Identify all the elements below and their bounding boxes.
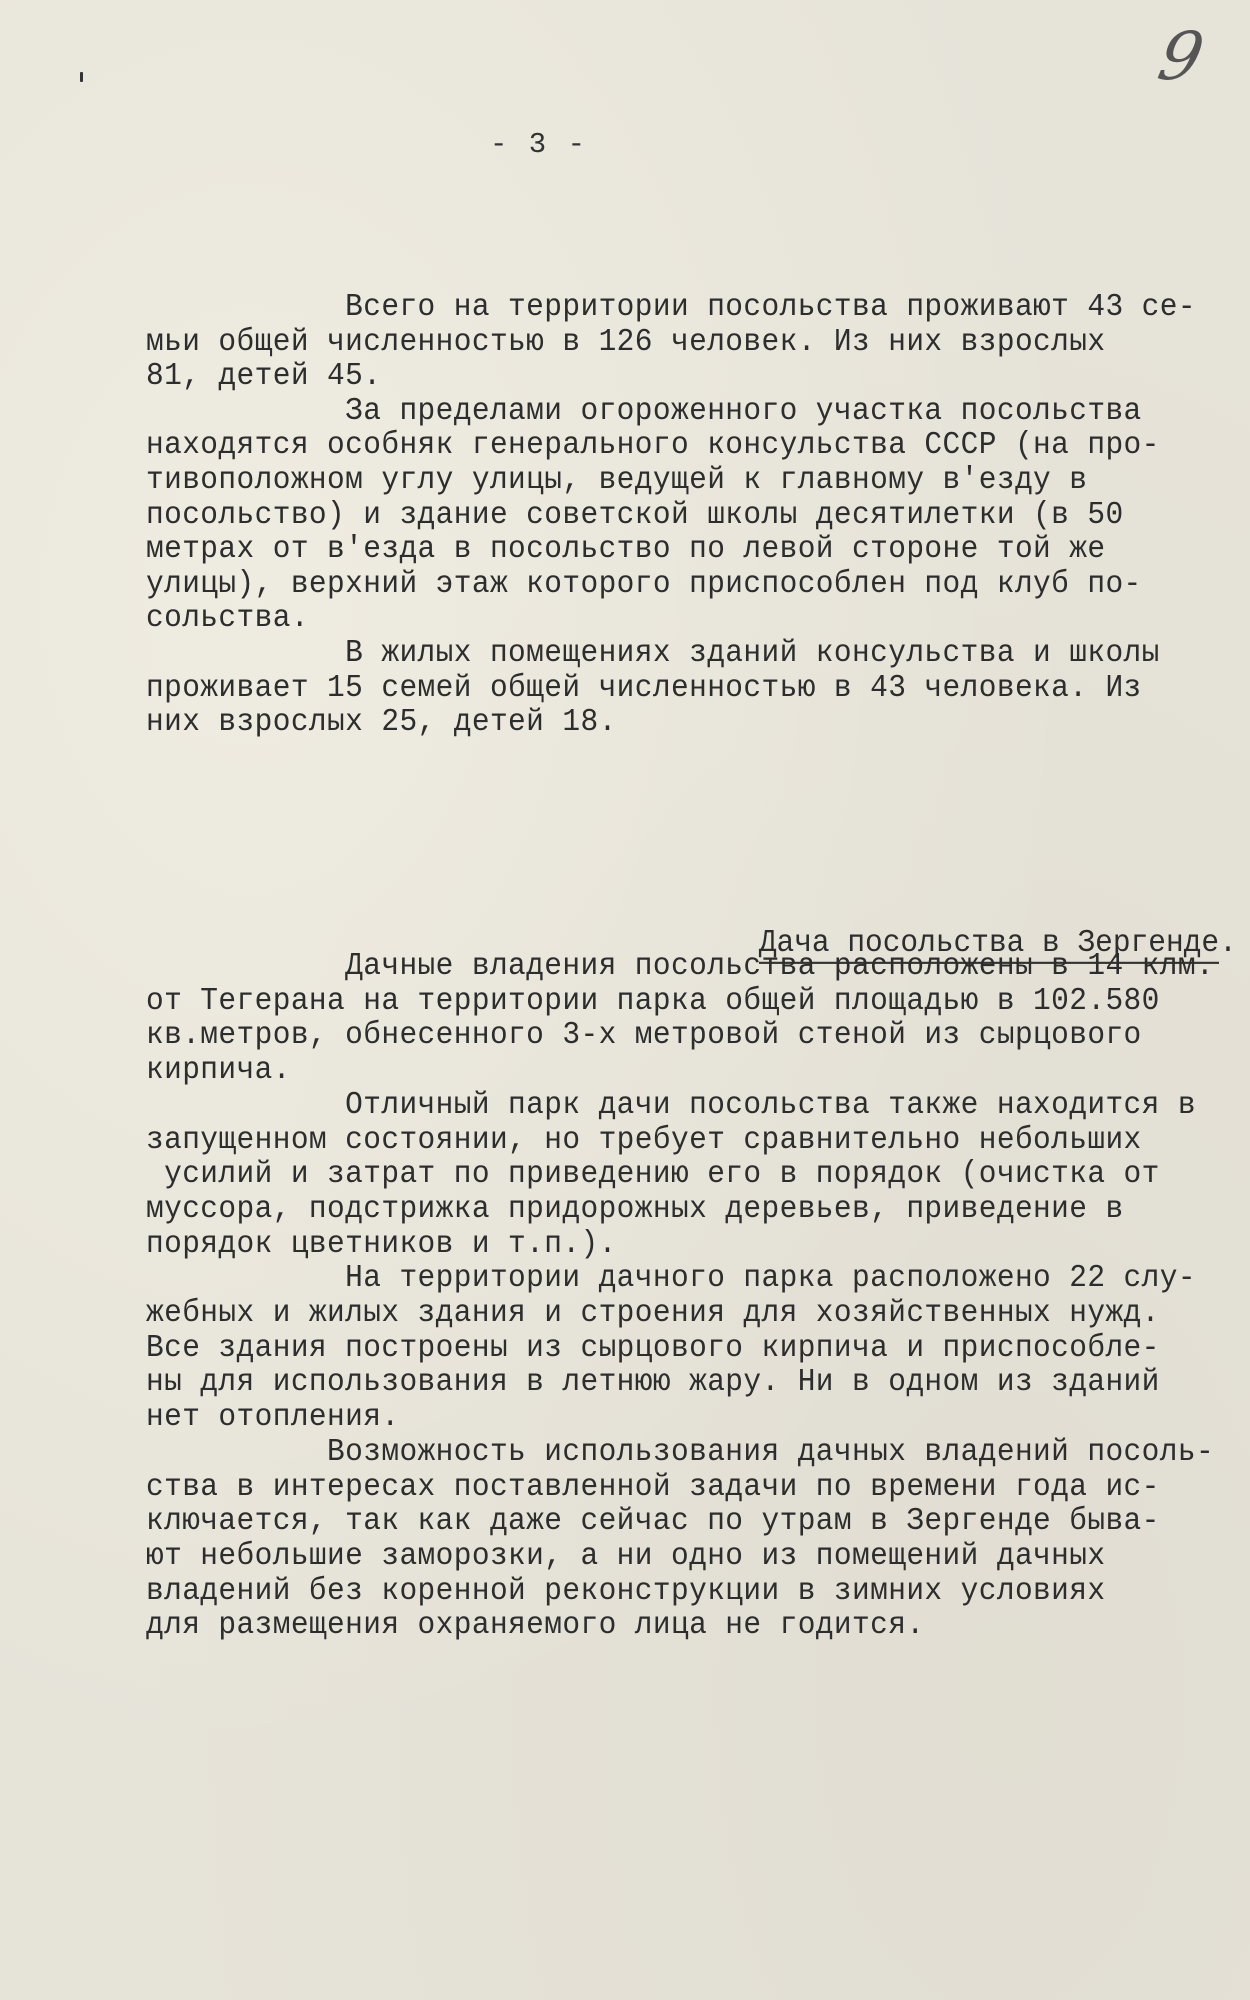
- text-line: тивоположном углу улицы, ведущей к главн…: [146, 460, 1087, 499]
- text-line: жебных и жилых здания и строения для хоз…: [146, 1293, 1160, 1332]
- text-line: находятся особняк генерального консульст…: [146, 425, 1160, 464]
- text-line: улицы), верхний этаж которого приспособл…: [146, 564, 1142, 603]
- text-line: ны для использования в летнюю жару. Ни в…: [146, 1362, 1160, 1401]
- text-line: ют небольшие заморозки, а ни одно из пом…: [146, 1536, 1105, 1575]
- section-heading-period: .: [1219, 924, 1237, 961]
- text-line: сольства.: [146, 598, 309, 637]
- ink-speck: [80, 72, 83, 82]
- document-page: 9 - 3 - Всего на территории посольства п…: [0, 0, 1250, 2000]
- text-line: На территории дачного парка расположено …: [146, 1258, 1196, 1297]
- text-line: владений без коренной реконструкции в зи…: [146, 1571, 1105, 1610]
- text-line: усилий и затрат по приведению его в поря…: [146, 1154, 1160, 1193]
- text-line: посольство) и здание советской школы дес…: [146, 495, 1124, 534]
- text-line: кв.метров, обнесенного 3-х метровой стен…: [146, 1015, 1142, 1054]
- text-line: них взрослых 25, детей 18.: [146, 702, 617, 741]
- text-line: мьи общей численностью в 126 человек. Из…: [146, 322, 1105, 361]
- text-line: кирпича.: [146, 1050, 291, 1089]
- text-line: Все здания построены из сырцового кирпич…: [146, 1328, 1160, 1367]
- text-line: нет отопления.: [146, 1397, 399, 1436]
- text-line: порядок цветников и т.п.).: [146, 1224, 617, 1263]
- text-line: ключается, так как даже сейчас по утрам …: [146, 1501, 1160, 1540]
- text-line: Всего на территории посольства проживают…: [146, 287, 1196, 326]
- text-line: метрах от в'езда в посольство по левой с…: [146, 529, 1105, 568]
- text-line: ства в интересах поставленной задачи по …: [146, 1467, 1160, 1506]
- text-line: Отличный парк дачи посольства также нахо…: [146, 1085, 1196, 1124]
- text-line: проживает 15 семей общей численностью в …: [146, 668, 1142, 707]
- text-line: Дачные владения посольства расположены в…: [146, 946, 1214, 985]
- text-line: Возможность использования дачных владени…: [146, 1432, 1214, 1471]
- page-number: - 3 -: [490, 128, 587, 161]
- text-line: муссора, подстрижка придорожных деревьев…: [146, 1189, 1124, 1228]
- text-line: 81, детей 45.: [146, 356, 381, 395]
- folio-number: 9: [1152, 18, 1210, 95]
- text-line: от Тегерана на территории парка общей пл…: [146, 981, 1160, 1020]
- text-line: За пределами огороженного участка посоль…: [146, 391, 1142, 430]
- text-line: В жилых помещениях зданий консульства и …: [146, 633, 1160, 672]
- text-line: запущенном состоянии, но требует сравнит…: [146, 1120, 1142, 1159]
- text-line: для размещения охраняемого лица не годит…: [146, 1605, 924, 1644]
